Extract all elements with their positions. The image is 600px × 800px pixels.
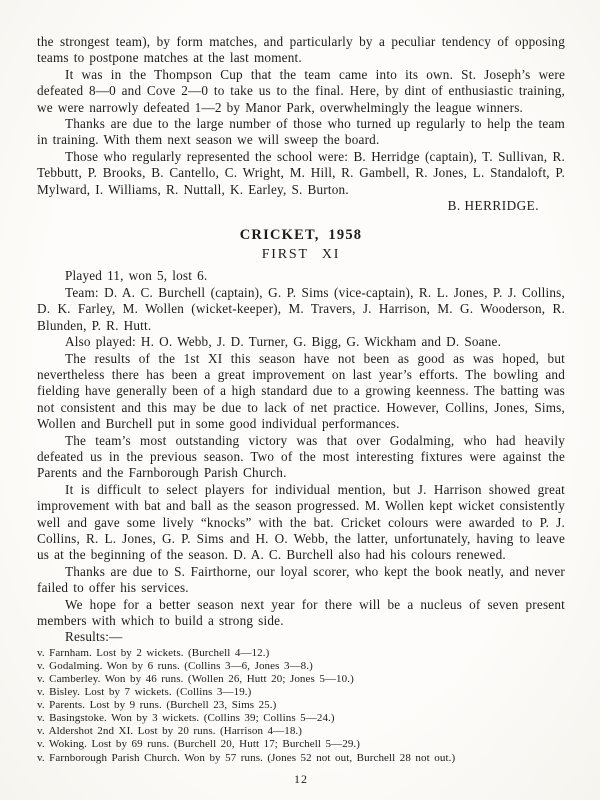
season-results-paragraph: The results of the 1st XI this season ha… xyxy=(37,351,565,433)
results-label: Results:— xyxy=(37,629,565,645)
scorer-thanks-paragraph: Thanks are due to S. Fairthorne, our loy… xyxy=(37,564,565,597)
result-row-farnborough: v. Farnborough Parish Church. Won by 57 … xyxy=(37,752,565,765)
football-report-section: the strongest team), by form matches, an… xyxy=(37,34,565,214)
scanned-magazine-page: the strongest team), by form matches, an… xyxy=(0,0,600,800)
match-results-list: v. Farnham. Lost by 2 wickets. (Burchell… xyxy=(37,647,565,765)
result-row-bisley: v. Bisley. Lost by 7 wickets. (Collins 3… xyxy=(37,686,565,699)
record-summary-paragraph: Played 11, won 5, lost 6. xyxy=(37,268,565,284)
cricket-body-text: Played 11, won 5, lost 6. Team: D. A. C.… xyxy=(37,268,565,645)
result-row-godalming: v. Godalming. Won by 6 runs. (Collins 3—… xyxy=(37,660,565,673)
author-signature: B. HERRIDGE. xyxy=(37,198,565,214)
training-thanks-paragraph: Thanks are due to the large number of th… xyxy=(37,116,565,149)
page-number: 12 xyxy=(37,772,565,787)
result-row-farnham: v. Farnham. Lost by 2 wickets. (Burchell… xyxy=(37,647,565,660)
first-xi-subheading: FIRST XI xyxy=(37,245,565,264)
next-season-hope-paragraph: We hope for a better season next year fo… xyxy=(37,597,565,630)
football-continuation-paragraph: the strongest team), by form matches, an… xyxy=(37,34,565,67)
outstanding-victory-paragraph: The team’s most outstanding victory was … xyxy=(37,433,565,482)
cricket-report-section: CRICKET, 1958 FIRST XI Played 11, won 5,… xyxy=(37,226,565,764)
result-row-camberley: v. Camberley. Won by 46 runs. (Wollen 26… xyxy=(37,673,565,686)
result-row-aldershot: v. Aldershot 2nd XI. Lost by 20 runs. (H… xyxy=(37,725,565,738)
result-row-woking: v. Woking. Lost by 69 runs. (Burchell 20… xyxy=(37,738,565,751)
result-row-parents: v. Parents. Lost by 9 runs. (Burchell 23… xyxy=(37,699,565,712)
thompson-cup-paragraph: It was in the Thompson Cup that the team… xyxy=(37,67,565,116)
individual-mention-paragraph: It is difficult to select players for in… xyxy=(37,482,565,564)
result-row-basingstoke: v. Basingstoke. Won by 3 wickets. (Colli… xyxy=(37,712,565,725)
football-team-list-paragraph: Those who regularly represented the scho… xyxy=(37,149,565,198)
team-list-paragraph: Team: D. A. C. Burchell (captain), G. P.… xyxy=(37,285,565,334)
cricket-section-heading: CRICKET, 1958 xyxy=(37,226,565,245)
also-played-paragraph: Also played: H. O. Webb, J. D. Turner, G… xyxy=(37,334,565,350)
